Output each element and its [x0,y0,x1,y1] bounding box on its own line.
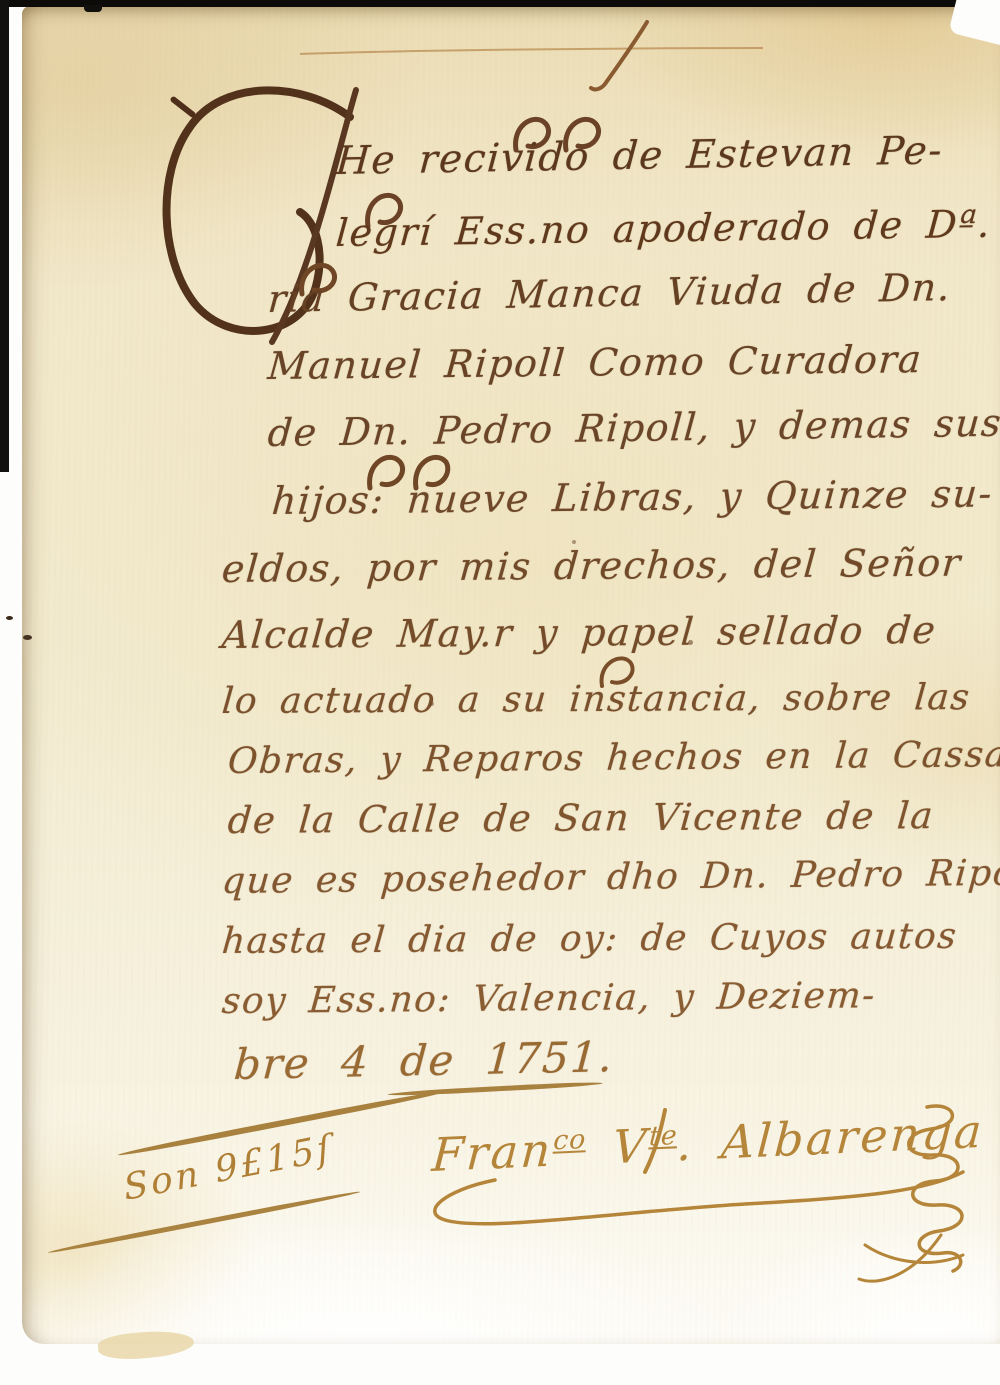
ink-speck [688,640,693,645]
manuscript-line: hijos: nueve Libras, y Quinze su- [271,474,995,520]
manuscript-line: He recivido de Estevan Pe- [335,131,945,181]
manuscript-line: Obras, y Reparos hechos en la Cassa [227,737,1000,780]
manuscript-line: ria Gracia Manca Viuda de Dn. [267,268,953,318]
manuscript-line: de Dn. Pedro Ripoll, y demas sus [267,404,1000,452]
ink-speck [430,702,434,706]
ink-speck [572,540,576,544]
manuscript-line: Manuel Ripoll Como Curadora [267,340,924,385]
manuscript-line: que es posehedor dho Dn. Pedro Ripoll [221,855,1000,900]
manuscript-line: lo actuado a su instancia, sobre las [221,680,972,720]
manuscript-line: legrí Ess.no apoderado de Dª. Ma- [335,203,1000,252]
signature-rubric [845,1095,995,1295]
amount-note: Son 9£15ſ [121,1127,335,1208]
ink-speck [6,616,13,620]
scanned-document: He recivido de Estevan Pe- legrí Ess.no … [0,0,1000,1385]
manuscript-line: bre 4 de 1751. [233,1036,615,1086]
ink-speck [23,635,32,640]
manuscript-line: soy Ess.no: Valencia, y Deziem- [221,978,878,1020]
manuscript-line: Alcalde May.r y papel sellado de [220,611,938,654]
ink-layer: He recivido de Estevan Pe- legrí Ess.no … [0,0,1000,1385]
manuscript-line: hasta el dia de oy: de Cuyos autos [221,919,959,960]
manuscript-line: eldos, por mis drechos, del Señor [221,544,964,588]
amount-rule-bottom [48,1189,361,1255]
manuscript-line: de la Calle de San Vicente de la [227,797,936,839]
